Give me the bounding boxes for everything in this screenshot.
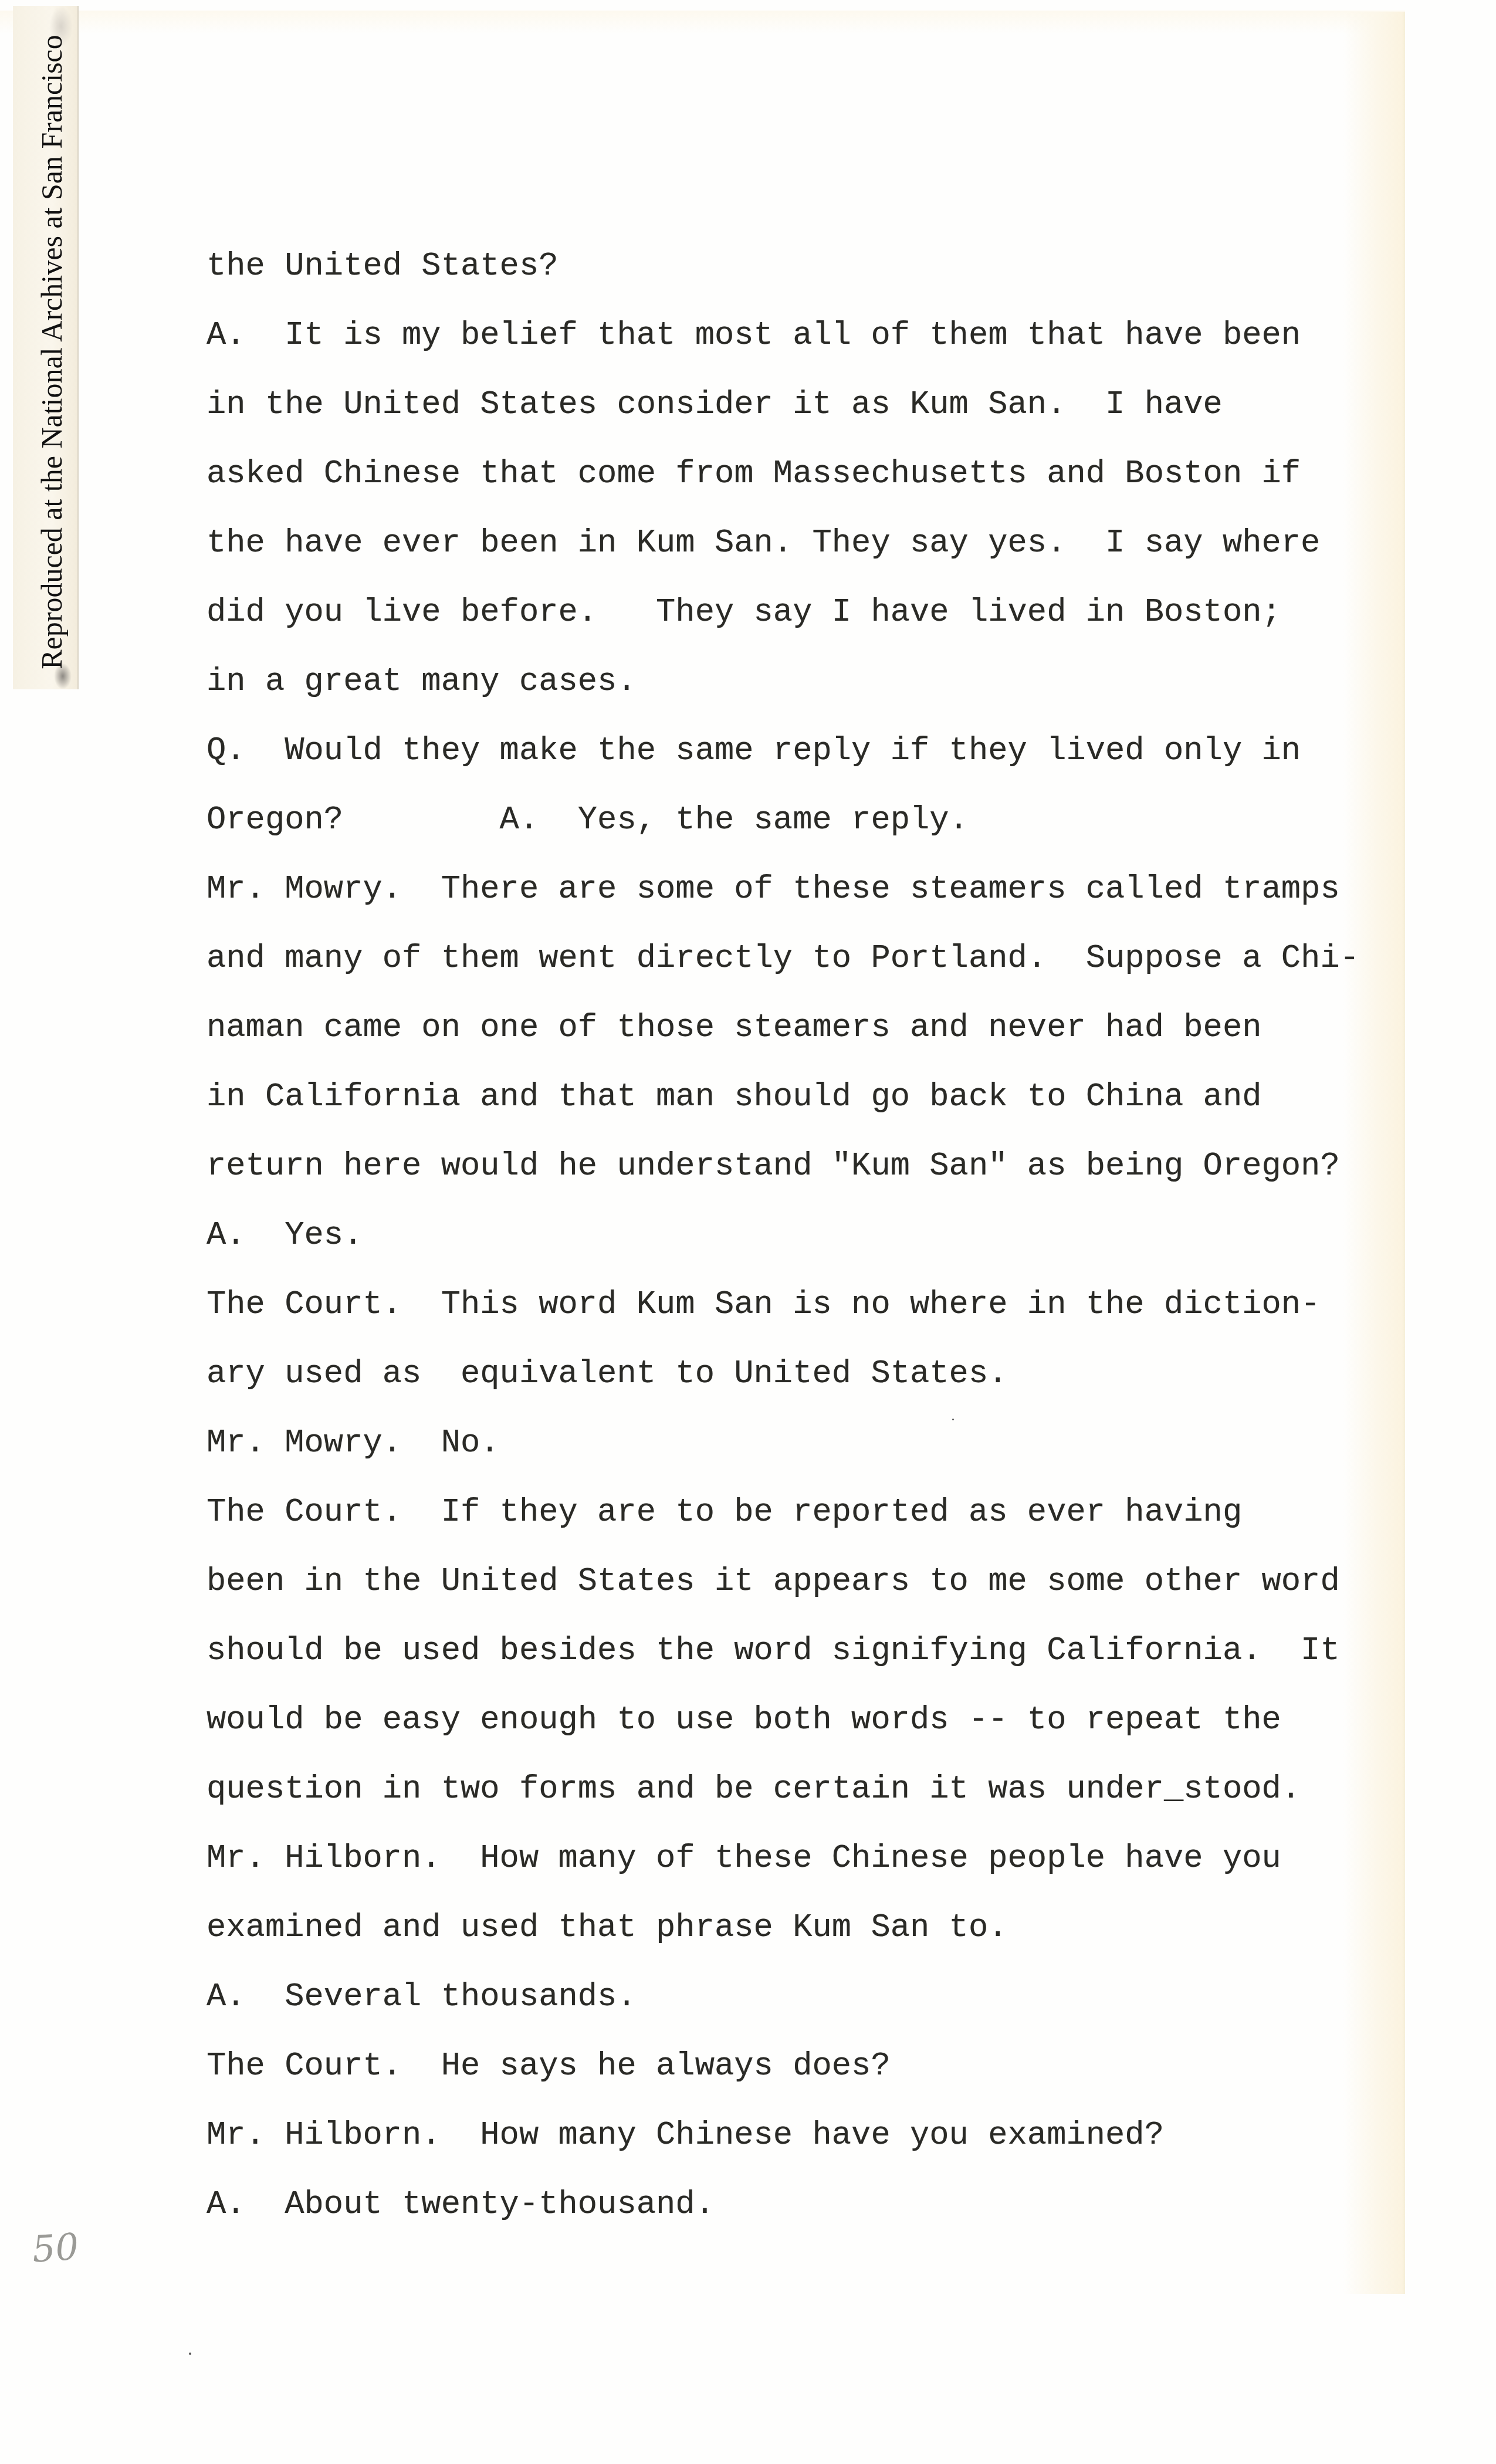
transcript-line: The Court. This word Kum San is no where… [207, 1287, 1359, 1356]
transcript-line: The Court. If they are to be reported as… [207, 1495, 1359, 1564]
transcript-line: Mr. Hilborn. How many Chinese have you e… [207, 2118, 1359, 2187]
transcript-line: in the United States consider it as Kum … [207, 387, 1359, 456]
transcript-line: the have ever been in Kum San. They say … [207, 526, 1359, 595]
paper-speck [189, 2353, 191, 2355]
transcript-line: the United States? [207, 249, 1359, 318]
transcript-line: would be easy enough to use both words -… [207, 1703, 1359, 1772]
paper-top-edge [0, 11, 1405, 34]
transcript-line: should be used besides the word signifyi… [207, 1633, 1359, 1703]
transcript-line: The Court. He says he always does? [207, 2049, 1359, 2118]
transcript-line: return here would he understand "Kum San… [207, 1149, 1359, 1218]
transcript-line: Oregon? A. Yes, the same reply. [207, 803, 1359, 872]
transcript-line: naman came on one of those steamers and … [207, 1010, 1359, 1079]
transcript-line: question in two forms and be certain it … [207, 1772, 1359, 1841]
transcript-line: and many of them went directly to Portla… [207, 941, 1359, 1010]
transcript-line: been in the United States it appears to … [207, 1564, 1359, 1633]
transcript-line: in California and that man should go bac… [207, 1079, 1359, 1149]
handwritten-page-number: 50 [31, 2225, 80, 2270]
archive-stamp-strip: Reproduced at the National Archives at S… [13, 6, 79, 689]
archive-stamp-text: Reproduced at the National Archives at S… [35, 35, 69, 669]
transcript-line: examined and used that phrase Kum San to… [207, 1910, 1359, 1979]
transcript-body: the United States? A. It is my belief th… [207, 249, 1359, 2256]
transcript-line: A. Several thousands. [207, 1979, 1359, 2049]
transcript-line: in a great many cases. [207, 664, 1359, 733]
transcript-line: A. It is my belief that most all of them… [207, 318, 1359, 387]
transcript-line: did you live before. They say I have liv… [207, 595, 1359, 664]
transcript-line: Mr. Mowry. There are some of these steam… [207, 872, 1359, 941]
paper-speck [952, 1419, 954, 1420]
transcript-line: Mr. Mowry. No. [207, 1426, 1359, 1495]
transcript-line: A. Yes. [207, 1218, 1359, 1287]
transcript-line: ary used as equivalent to United States. [207, 1356, 1359, 1426]
document-page: Reproduced at the National Archives at S… [0, 0, 1496, 2464]
transcript-line: asked Chinese that come from Massechuset… [207, 456, 1359, 526]
transcript-line: Mr. Hilborn. How many of these Chinese p… [207, 1841, 1359, 1910]
transcript-line: A. About twenty-thousand. [207, 2187, 1359, 2256]
transcript-line: Q. Would they make the same reply if the… [207, 733, 1359, 803]
